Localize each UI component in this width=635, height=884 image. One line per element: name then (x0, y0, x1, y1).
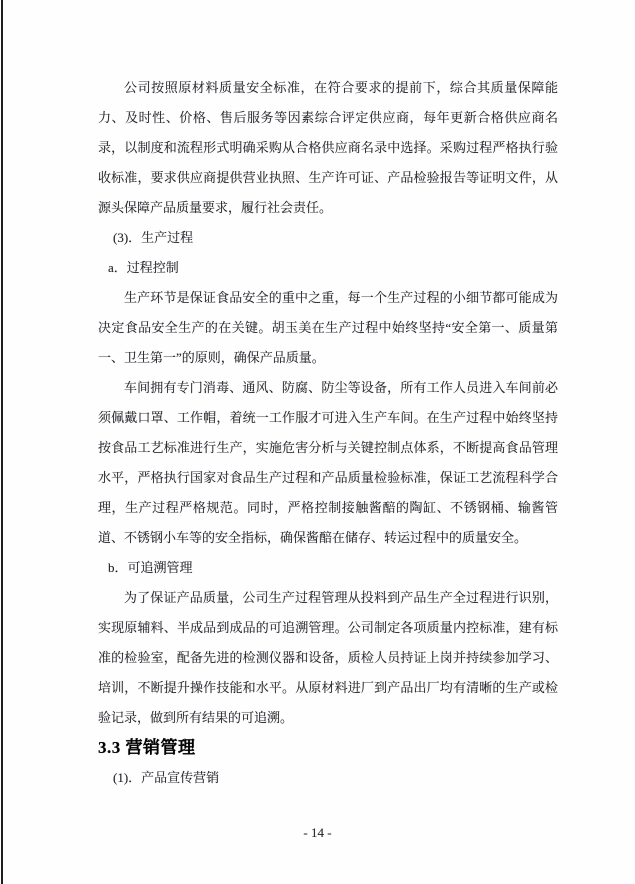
list-item-traceability-management: b．可追溯管理 (98, 553, 558, 583)
section-heading-marketing-management: 3.3 营销管理 (98, 733, 558, 763)
page-left-edge-line (1, 0, 3, 884)
page-number: - 14 - (0, 822, 635, 844)
paragraph-traceability-detail: 为了保证产品质量，公司生产过程管理从投料到产品生产全过程进行识别，实现原辅料、半… (98, 583, 558, 733)
list-item-process-control: a．过程控制 (98, 253, 558, 283)
list-item-product-promotion: (1)．产品宣传营销 (98, 763, 558, 793)
list-item-production-process: (3)．生产过程 (98, 223, 558, 253)
page-content: 公司按照原材料质量安全标准，在符合要求的提前下，综合其质量保障能力、及时性、价格… (98, 73, 558, 793)
paragraph-supplier-evaluation: 公司按照原材料质量安全标准，在符合要求的提前下，综合其质量保障能力、及时性、价格… (98, 73, 558, 223)
paragraph-workshop-equipment-standards: 车间拥有专门消毒、通风、防腐、防尘等设备，所有工作人员进入车间前必须佩戴口罩、工… (98, 373, 558, 553)
paragraph-production-safety-principles: 生产环节是保证食品安全的重中之重，每一个生产过程的小细节都可能成为决定食品安全生… (98, 283, 558, 373)
document-page: 公司按照原材料质量安全标准，在符合要求的提前下，综合其质量保障能力、及时性、价格… (0, 0, 635, 884)
